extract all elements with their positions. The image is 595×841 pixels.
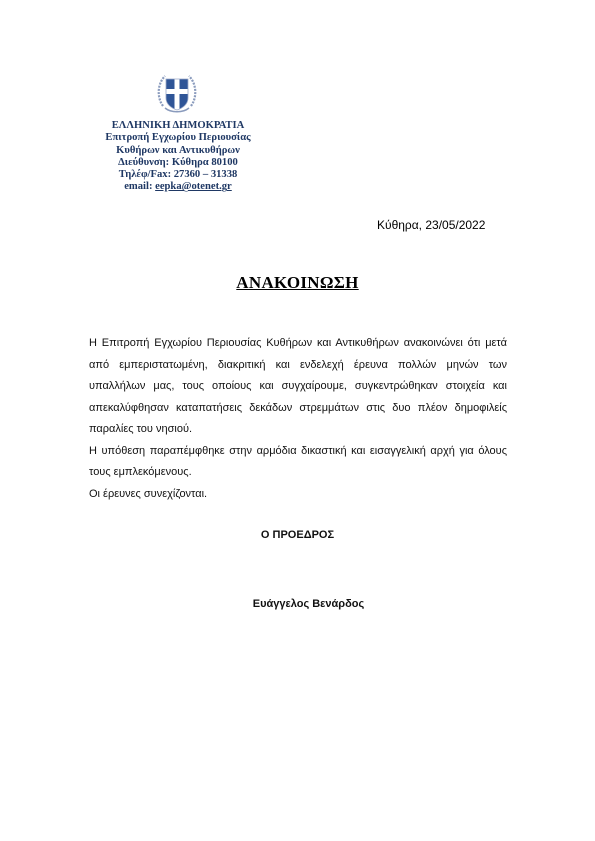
greek-coat-of-arms-icon [155,70,199,116]
body-paragraph: Η Επιτροπή Εγχωρίου Περιουσίας Κυθήρων κ… [89,333,507,441]
letterhead-line-country: ΕΛΛΗΝΙΚΗ ΔΗΜΟΚΡΑΤΙΑ [88,120,268,132]
letterhead-line-phone: Τηλέφ/Fax: 27360 – 31338 [88,169,268,181]
email-label: email: [124,181,155,192]
place-date: Κύθηρα, 23/05/2022 [377,218,485,232]
signer-name: Ευάγγελος Βενάρδος [0,598,595,610]
letterhead-line-email: email: eepka@otenet.gr [88,181,268,193]
letterhead-line-committee: Επιτροπή Εγχωρίου Περιουσίας [88,132,268,144]
body-paragraph: Οι έρευνες συνεχίζονται. [89,484,507,506]
signer-title: Ο ΠΡΟΕΔΡΟΣ [0,529,595,541]
letterhead-line-islands: Κυθήρων και Αντικυθήρων [88,145,268,157]
announcement-body: Η Επιτροπή Εγχωρίου Περιουσίας Κυθήρων κ… [89,333,507,505]
document-title: ΑΝΑΚΟΙΝΩΣΗ [0,273,595,293]
letterhead: ΕΛΛΗΝΙΚΗ ΔΗΜΟΚΡΑΤΙΑ Επιτροπή Εγχωρίου Πε… [88,120,268,194]
email-link[interactable]: eepka@otenet.gr [155,181,232,192]
document-page: ΕΛΛΗΝΙΚΗ ΔΗΜΟΚΡΑΤΙΑ Επιτροπή Εγχωρίου Πε… [0,0,595,841]
body-paragraph: Η υπόθεση παραπέμφθηκε στην αρμόδια δικα… [89,441,507,484]
letterhead-line-address: Διεύθυνση: Κύθηρα 80100 [88,157,268,169]
